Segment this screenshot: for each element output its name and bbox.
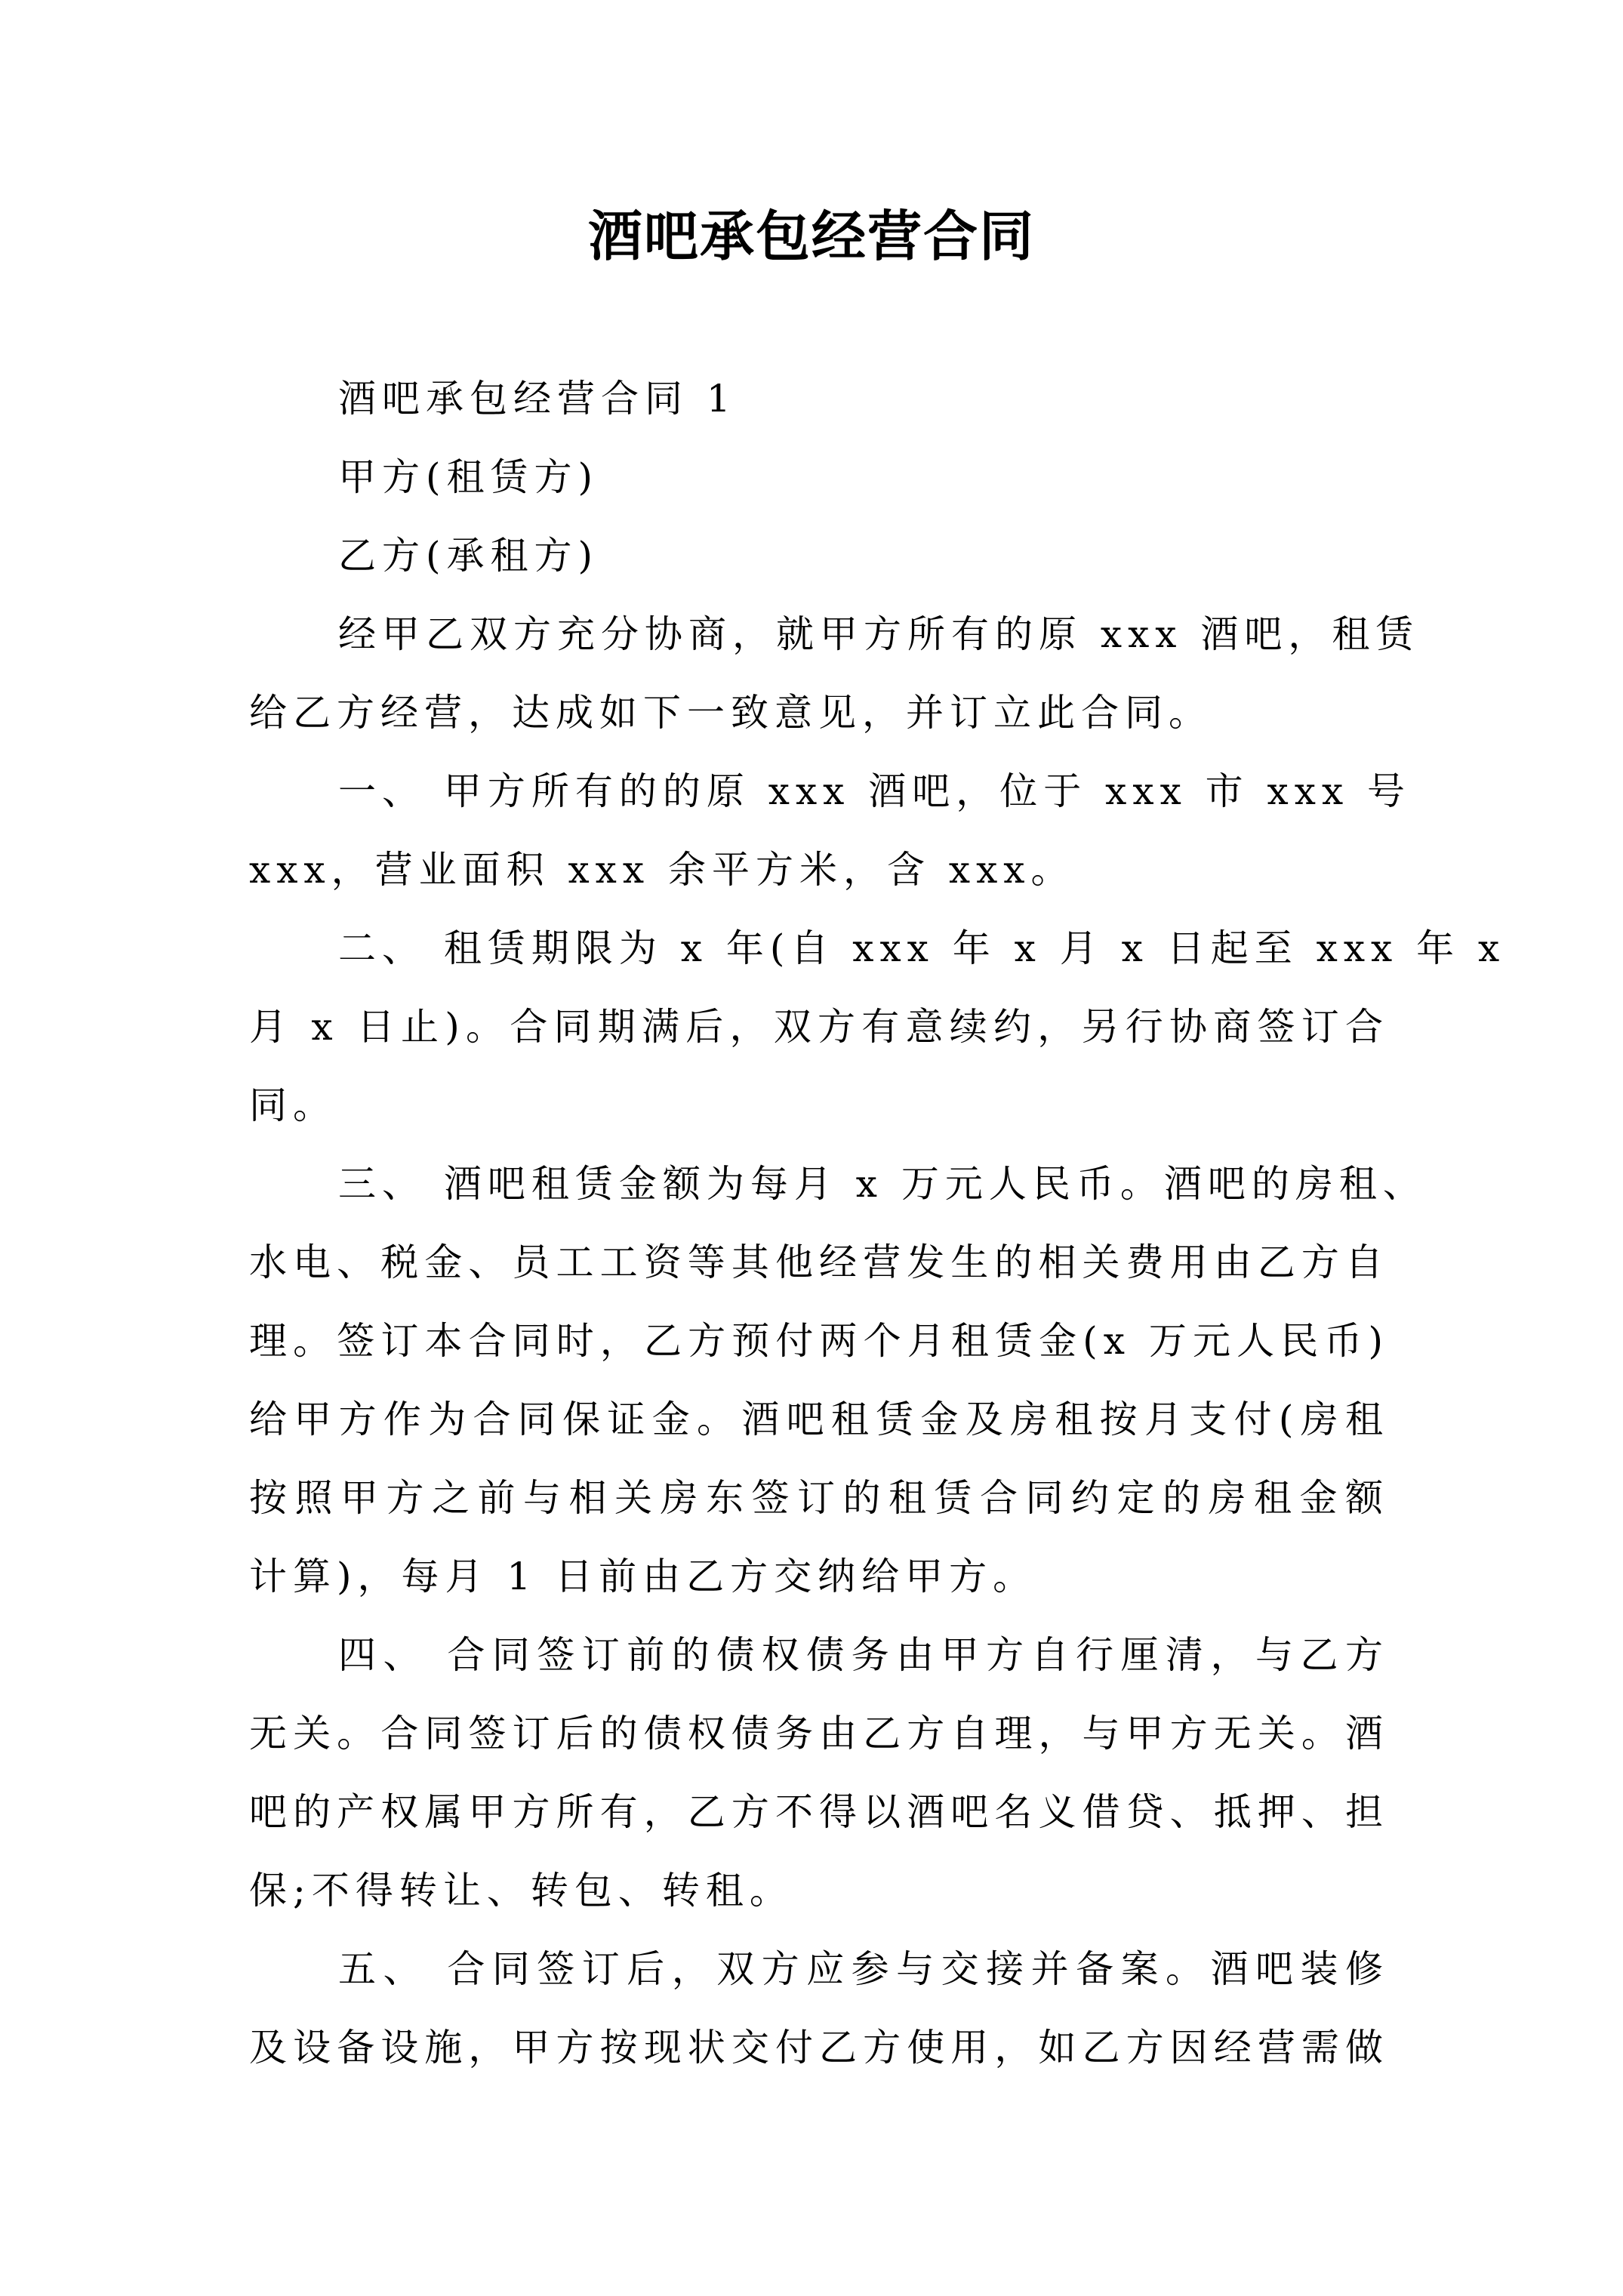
text-line: 一、 甲方所有的的原 xxx 酒吧，位于 xxx 市 xxx 号 — [338, 765, 1389, 818]
text-line: 五、 合同签订后，双方应参与交接并备案。酒吧装修 — [338, 1943, 1389, 1996]
text-line: 经甲乙双方充分协商，就甲方所有的原 xxx 酒吧，租赁 — [338, 608, 1389, 661]
text-line: 按照甲方之前与相关房东签订的租赁合同约定的房租金额 — [249, 1472, 1389, 1524]
text-line: 四、 合同签订前的债权债务由甲方自行厘清，与乙方 — [338, 1629, 1389, 1681]
text-line: 及设备设施，甲方按现状交付乙方使用，如乙方因经营需做 — [249, 2021, 1389, 2074]
text-line: 保;不得转让、转包、转租。 — [249, 1864, 793, 1917]
text-line: xxx，营业面积 xxx 余平方米，含 xxx。 — [249, 843, 1074, 896]
text-line: 酒吧承包经营合同 1 — [338, 372, 737, 425]
text-line: 给甲方作为合同保证金。酒吧租赁金及房租按月支付(房租 — [249, 1393, 1389, 1446]
text-line: 三、 酒吧租赁金额为每月 x 万元人民币。酒吧的房租、 — [338, 1157, 1389, 1210]
text-line: 无关。合同签订后的债权债务由乙方自理，与甲方无关。酒 — [249, 1707, 1389, 1760]
document-page: 酒吧承包经营合同 酒吧承包经营合同 1 甲方(租赁方) 乙方(承租方) 经甲乙双… — [0, 0, 1623, 2296]
text-line: 二、 租赁期限为 x 年(自 xxx 年 x 月 x 日起至 xxx 年 x — [338, 922, 1389, 975]
text-line: 吧的产权属甲方所有，乙方不得以酒吧名义借贷、抵押、担 — [249, 1786, 1389, 1838]
text-line: 计算)，每月 1 日前由乙方交纳给甲方。 — [249, 1550, 1036, 1603]
document-title: 酒吧承包经营合同 — [0, 202, 1623, 270]
text-line: 理。签订本合同时，乙方预付两个月租赁金(x 万元人民币) — [249, 1314, 1389, 1367]
text-line: 同。 — [249, 1079, 337, 1132]
text-line: 甲方(租赁方) — [338, 451, 599, 504]
text-line: 月 x 日止)。合同期满后，双方有意续约，另行协商签订合 — [249, 1000, 1389, 1053]
text-line: 水电、税金、员工工资等其他经营发生的相关费用由乙方自 — [249, 1236, 1389, 1289]
text-line: 乙方(承租方) — [338, 529, 599, 582]
text-line: 给乙方经营，达成如下一致意见，并订立此合同。 — [249, 686, 1212, 739]
